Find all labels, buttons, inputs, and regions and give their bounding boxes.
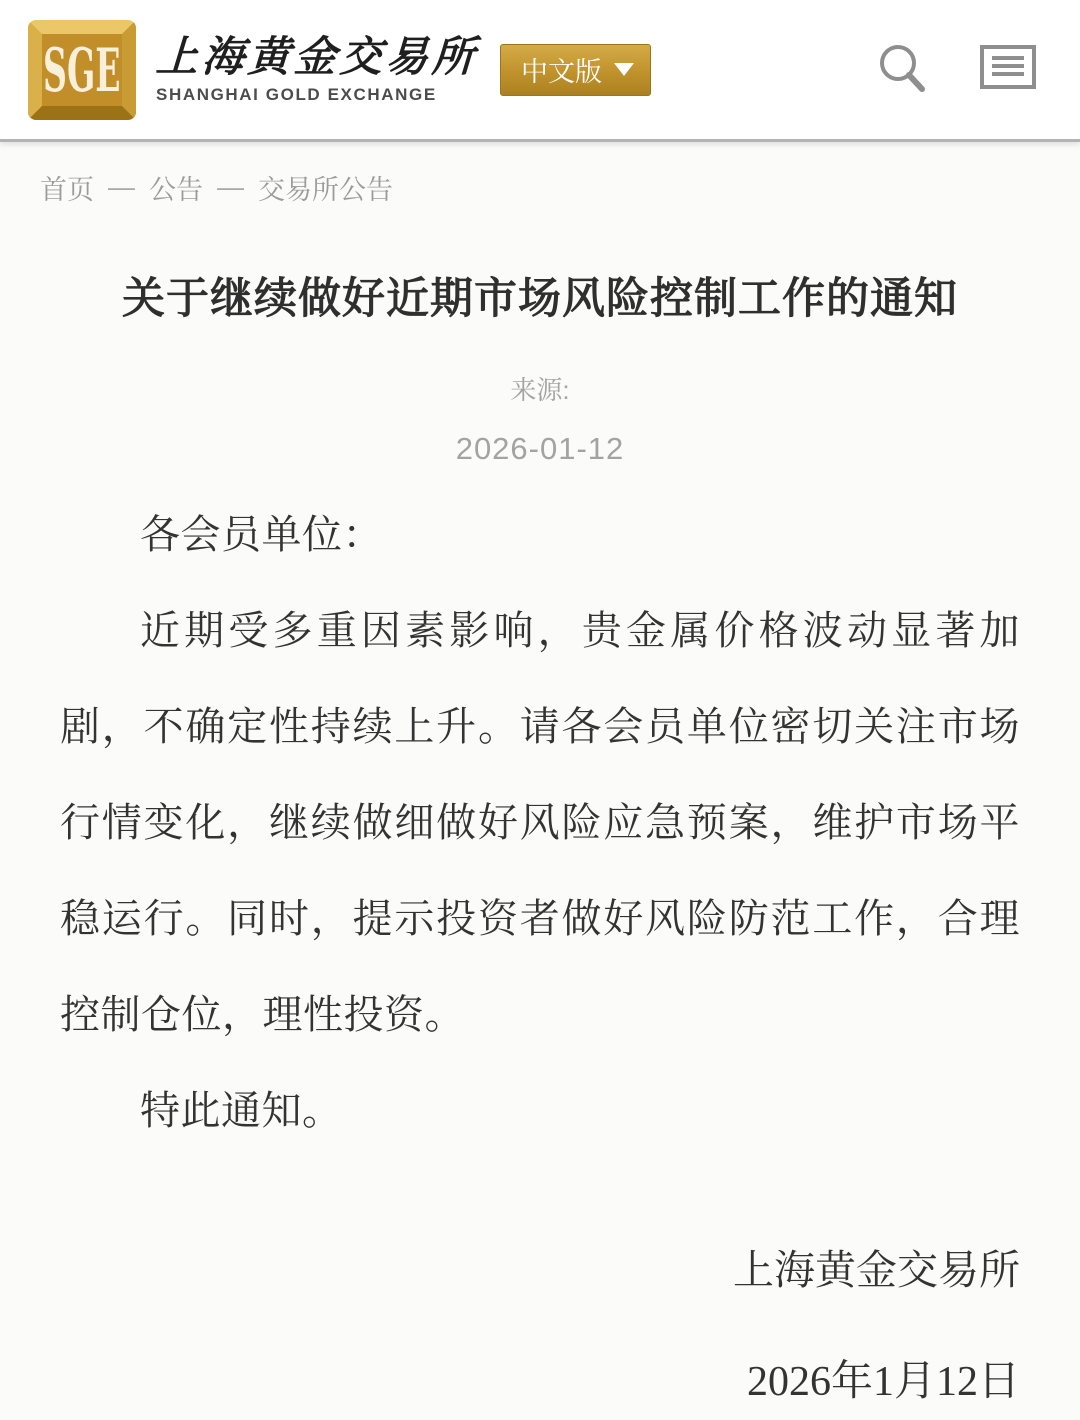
announcement-article: 关于继续做好近期市场风险控制工作的通知 来源: 2026-01-12 各会员单位… [0, 265, 1080, 1159]
breadcrumb-exchange-announcements[interactable]: 交易所公告 [258, 168, 393, 207]
logo-calligraphy: 上海黄金交易所 [155, 34, 479, 80]
breadcrumb: 首页 — 公告 — 交易所公告 [0, 142, 1080, 207]
signature-organization: 上海黄金交易所 [60, 1237, 1020, 1296]
breadcrumb-separator: — [217, 172, 244, 203]
article-paragraph-closing: 特此通知。 [60, 1063, 1020, 1159]
search-icon[interactable] [876, 39, 928, 100]
breadcrumb-separator: — [108, 172, 135, 203]
logo-subtitle: SHANGHAI GOLD EXCHANGE [156, 85, 478, 105]
logo-text-block[interactable]: 上海黄金交易所 SHANGHAI GOLD EXCHANGE [156, 34, 478, 104]
article-publish-date: 2026-01-12 [60, 431, 1020, 467]
chevron-down-icon [614, 63, 634, 76]
menu-icon[interactable] [980, 45, 1036, 94]
article-body: 各会员单位： 近期受多重因素影响，贵金属价格波动显著加剧，不确定性持续上升。请各… [60, 487, 1020, 1159]
sge-logo-icon[interactable]: SGE [28, 20, 136, 120]
signature-block: 上海黄金交易所 2026年1月12日 [0, 1237, 1080, 1408]
language-select-label: 中文版 [521, 50, 602, 89]
sge-logo-letters: SGE [43, 34, 120, 104]
language-select-button[interactable]: 中文版 [500, 44, 651, 96]
article-source-label: 来源: [60, 370, 1020, 407]
signature-date: 2026年1月12日 [60, 1348, 1020, 1408]
page-title: 关于继续做好近期市场风险控制工作的通知 [60, 265, 1020, 326]
breadcrumb-announcements[interactable]: 公告 [149, 168, 203, 207]
article-paragraph-salutation: 各会员单位： [60, 487, 1020, 583]
breadcrumb-home[interactable]: 首页 [40, 168, 94, 207]
site-header: SGE 上海黄金交易所 SHANGHAI GOLD EXCHANGE 中文版 [0, 0, 1080, 142]
article-paragraph-main: 近期受多重因素影响，贵金属价格波动显著加剧，不确定性持续上升。请各会员单位密切关… [60, 583, 1020, 1063]
